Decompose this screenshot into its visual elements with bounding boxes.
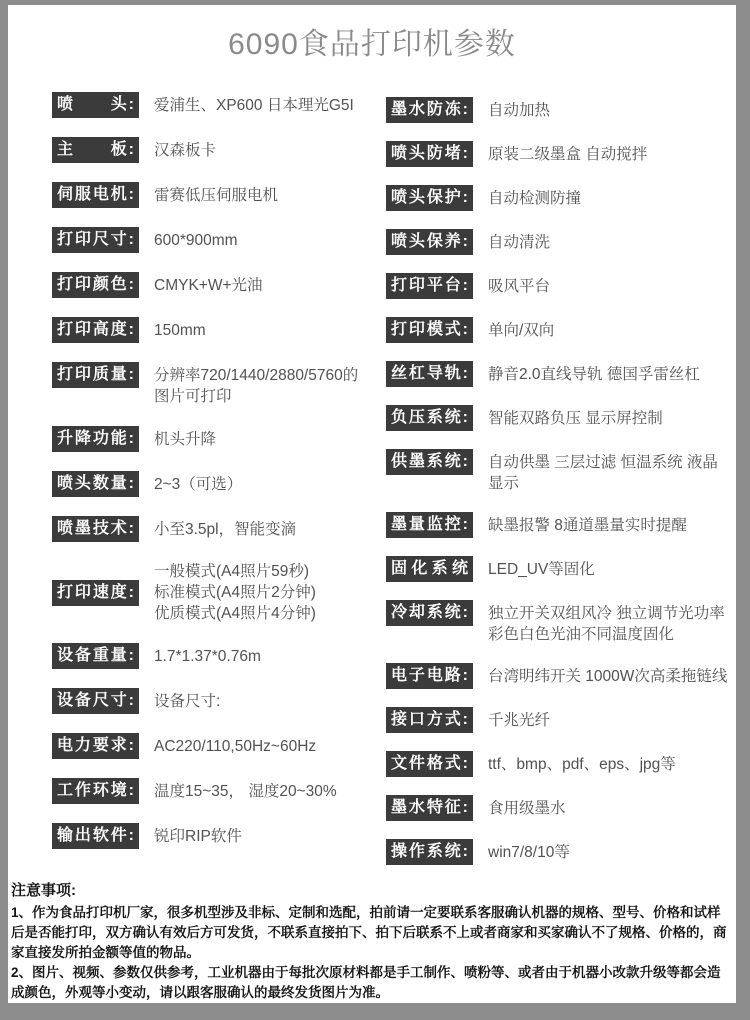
spec-label-badge: 负压系统:: [386, 405, 473, 431]
spec-row: 接口方式: 千兆光纤: [386, 707, 736, 733]
spec-value: LED_UV等固化: [488, 556, 595, 580]
spec-label-badge: 冷却系统:: [386, 600, 473, 626]
spec-table: 喷 头: 爱浦生、XP600 日本理光G5I 主 板: 汉森板卡 伺服电机: 雷…: [8, 92, 736, 883]
spec-column-right: 墨水防冻: 自动加热 喷头防堵: 原装二级墨盒 自动搅拌 喷头保护: 自动检测防…: [386, 92, 736, 883]
spec-value: 千兆光纤: [488, 707, 550, 731]
spec-value: 缺墨报警 8通道墨量实时提醒: [488, 512, 687, 536]
spec-row: 喷头保护: 自动检测防撞: [386, 185, 736, 211]
spec-value: 智能双路负压 显示屏控制: [488, 405, 663, 429]
spec-row: 墨水防冻: 自动加热: [386, 97, 736, 123]
spec-label-badge: 文件格式:: [386, 751, 473, 777]
spec-value: 自动检测防撞: [488, 185, 581, 209]
page-title: 6090食品打印机参数: [8, 28, 736, 62]
spec-value: 600*900mm: [154, 227, 238, 251]
spec-label-badge: 喷头数量:: [52, 471, 139, 497]
spec-label-badge: 主 板:: [52, 137, 139, 163]
spec-label-badge: 打印速度:: [52, 580, 139, 606]
spec-label-badge: 升降功能:: [52, 426, 139, 452]
spec-row: 墨水特征: 食用级墨水: [386, 795, 736, 821]
spec-row: 负压系统: 智能双路负压 显示屏控制: [386, 405, 736, 431]
spec-row: 喷 头: 爱浦生、XP600 日本理光G5I: [52, 92, 386, 118]
spec-value: 分辨率720/1440/2880/5760的 图片可打印: [154, 362, 358, 407]
spec-value: 自动供墨 三层过滤 恒温系统 液晶 显示: [488, 449, 718, 494]
spec-value: 食用级墨水: [488, 795, 566, 819]
spec-label-badge: 伺服电机:: [52, 182, 139, 208]
spec-label-badge: 打印平台:: [386, 273, 473, 299]
spec-value: 1.7*1.37*0.76m: [154, 643, 261, 667]
spec-value: 自动加热: [488, 97, 550, 121]
spec-label-badge: 固化系统: [386, 556, 473, 582]
spec-label-badge: 喷头保养:: [386, 229, 473, 255]
spec-row: 墨量监控: 缺墨报警 8通道墨量实时提醒: [386, 512, 736, 538]
note-item: 2、图片、视频、参数仅供参考，工业机器由于每批次原材料都是手工制作、喷粉等、或者…: [11, 963, 728, 1003]
spec-label-badge: 喷墨技术:: [52, 516, 139, 542]
spec-row: 伺服电机: 雷赛低压伺服电机: [52, 182, 386, 208]
spec-value: 独立开关双组风冷 独立调节光功率 彩色白色光油不同温度固化: [488, 600, 725, 645]
spec-label-badge: 丝杠导轨:: [386, 361, 473, 387]
spec-value: 2~3（可选）: [154, 471, 242, 495]
spec-row: 主 板: 汉森板卡: [52, 137, 386, 163]
product-spec-sheet: 6090食品打印机参数 喷 头: 爱浦生、XP600 日本理光G5I 主 板: …: [8, 5, 736, 1003]
spec-row: 设备尺寸: 设备尺寸:: [52, 688, 386, 714]
spec-row: 工作环境: 温度15~35， 湿度20~30%: [52, 778, 386, 804]
spec-label-badge: 打印质量:: [52, 362, 139, 388]
spec-label-badge: 打印尺寸:: [52, 227, 139, 253]
spec-row: 打印速度: 一般模式(A4照片59秒) 标准模式(A4照片2分钟) 优质模式(A…: [52, 561, 386, 624]
spec-row: 打印平台: 吸风平台: [386, 273, 736, 299]
spec-value: 单向/双向: [488, 317, 554, 341]
spec-row: 固化系统 LED_UV等固化: [386, 556, 736, 582]
spec-label-badge: 操作系统:: [386, 839, 473, 865]
spec-row: 喷头数量: 2~3（可选）: [52, 471, 386, 497]
spec-label-badge: 工作环境:: [52, 778, 139, 804]
spec-row: 喷墨技术: 小至3.5pl，智能变滴: [52, 516, 386, 542]
spec-row: 升降功能: 机头升降: [52, 426, 386, 452]
spec-value: 设备尺寸:: [154, 688, 220, 712]
spec-row: 打印高度: 150mm: [52, 317, 386, 343]
spec-row: 电子电路: 台湾明纬开关 1000W次高柔拖链线: [386, 663, 736, 689]
spec-value: win7/8/10等: [488, 839, 570, 863]
spec-value: 静音2.0直线导轨 德国孚雷丝杠: [488, 361, 700, 385]
spec-value: 爱浦生、XP600 日本理光G5I: [154, 92, 354, 116]
spec-label-badge: 墨水特征:: [386, 795, 473, 821]
spec-value: 台湾明纬开关 1000W次高柔拖链线: [488, 663, 727, 687]
spec-row: 打印尺寸: 600*900mm: [52, 227, 386, 253]
spec-label-badge: 打印颜色:: [52, 272, 139, 298]
spec-label-badge: 接口方式:: [386, 707, 473, 733]
spec-value: AC220/110,50Hz~60Hz: [154, 733, 316, 757]
spec-label-badge: 打印模式:: [386, 317, 473, 343]
spec-value: 小至3.5pl，智能变滴: [154, 516, 296, 540]
spec-label-badge: 设备重量:: [52, 643, 139, 669]
spec-value: 150mm: [154, 317, 206, 341]
spec-value: 自动清洗: [488, 229, 550, 253]
spec-row: 操作系统: win7/8/10等: [386, 839, 736, 865]
spec-row: 喷头保养: 自动清洗: [386, 229, 736, 255]
spec-value: ttf、bmp、pdf、eps、jpg等: [488, 751, 676, 775]
spec-label-badge: 墨水防冻:: [386, 97, 473, 123]
spec-value: 汉森板卡: [154, 137, 216, 161]
spec-row: 打印质量: 分辨率720/1440/2880/5760的 图片可打印: [52, 362, 386, 407]
spec-row: 供墨系统: 自动供墨 三层过滤 恒温系统 液晶 显示: [386, 449, 736, 494]
spec-row: 打印颜色: CMYK+W+光油: [52, 272, 386, 298]
spec-value: 雷赛低压伺服电机: [154, 182, 278, 206]
note-item: 1、作为食品打印机厂家，很多机型涉及非标、定制和选配，拍前请一定要联系客服确认机…: [11, 903, 728, 963]
spec-row: 丝杠导轨: 静音2.0直线导轨 德国孚雷丝杠: [386, 361, 736, 387]
spec-label-badge: 喷头防堵:: [386, 141, 473, 167]
spec-label-badge: 打印高度:: [52, 317, 139, 343]
spec-row: 设备重量: 1.7*1.37*0.76m: [52, 643, 386, 669]
spec-label-badge: 墨量监控:: [386, 512, 473, 538]
spec-value: 一般模式(A4照片59秒) 标准模式(A4照片2分钟) 优质模式(A4照片4分钟…: [154, 561, 316, 624]
spec-value: 原装二级墨盒 自动搅拌: [488, 141, 647, 165]
spec-value: 机头升降: [154, 426, 216, 450]
spec-value: 锐印RIP软件: [154, 823, 242, 847]
spec-label-badge: 设备尺寸:: [52, 688, 139, 714]
spec-row: 文件格式: ttf、bmp、pdf、eps、jpg等: [386, 751, 736, 777]
spec-value: 吸风平台: [488, 273, 550, 297]
spec-row: 电力要求: AC220/110,50Hz~60Hz: [52, 733, 386, 759]
spec-label-badge: 喷头保护:: [386, 185, 473, 211]
spec-row: 输出软件: 锐印RIP软件: [52, 823, 386, 849]
spec-label-badge: 电力要求:: [52, 733, 139, 759]
notes-heading: 注意事项:: [11, 879, 728, 900]
spec-label-badge: 喷 头:: [52, 92, 139, 118]
spec-label-badge: 输出软件:: [52, 823, 139, 849]
spec-label-badge: 电子电路:: [386, 663, 473, 689]
spec-column-left: 喷 头: 爱浦生、XP600 日本理光G5I 主 板: 汉森板卡 伺服电机: 雷…: [52, 92, 386, 883]
spec-label-badge: 供墨系统:: [386, 449, 473, 475]
spec-row: 冷却系统: 独立开关双组风冷 独立调节光功率 彩色白色光油不同温度固化: [386, 600, 736, 645]
spec-row: 喷头防堵: 原装二级墨盒 自动搅拌: [386, 141, 736, 167]
notes-section: 注意事项: 1、作为食品打印机厂家，很多机型涉及非标、定制和选配，拍前请一定要联…: [11, 879, 728, 1003]
spec-row: 打印模式: 单向/双向: [386, 317, 736, 343]
spec-value: CMYK+W+光油: [154, 272, 263, 296]
spec-value: 温度15~35， 湿度20~30%: [154, 778, 337, 802]
